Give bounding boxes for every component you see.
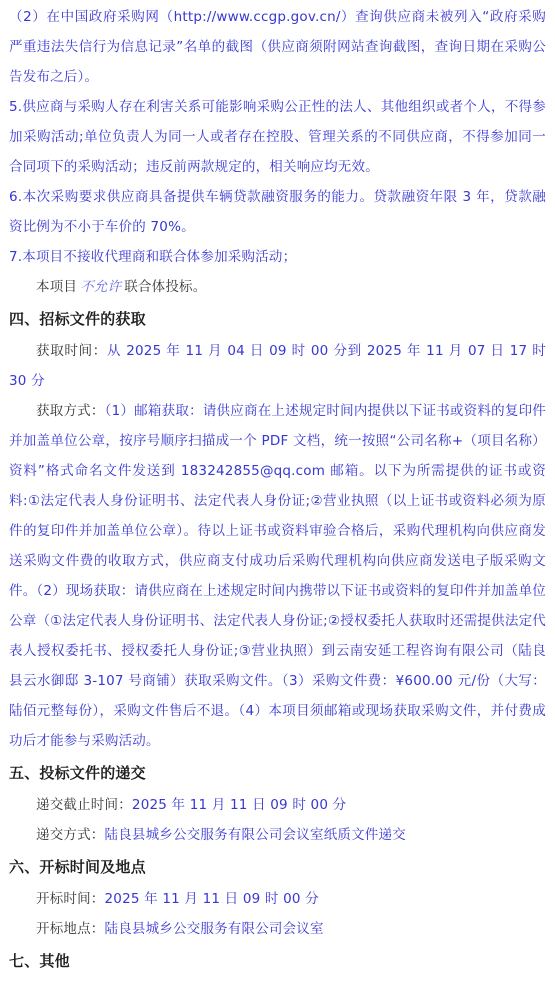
- opening-place-label: 开标地点：: [36, 921, 105, 937]
- acquisition-method-value: （1）邮箱获取：请供应商在上述规定时间内提供以下证书或资料的复印件并加盖单位公章…: [9, 403, 546, 749]
- no-consortium-emphasis: 不允许: [77, 279, 124, 295]
- opening-time-label: 开标时间：: [36, 891, 105, 907]
- paragraph-rule-7-no-agents: 7.本项目不接收代理商和联合体参加采购活动；: [9, 242, 546, 272]
- section-title-bid-opening: 六、开标时间及地点: [9, 852, 546, 882]
- opening-time-value: 2025 年 11 月 11 日 09 时 00 分: [105, 891, 319, 907]
- paragraph-no-consortium: 本项目不允许联合体投标。: [9, 272, 546, 302]
- acquisition-time-line: 获取时间：从 2025 年 11 月 04 日 09 时 00 分到 2025 …: [9, 336, 546, 396]
- submission-method-label: 递交方式：: [36, 827, 105, 843]
- paragraph-credit-record-screenshot: （2）在中国政府采购网（http://www.ccgp.gov.cn/）查询供应…: [9, 2, 546, 92]
- submission-deadline-line: 递交截止时间：2025 年 11 月 11 日 09 时 00 分: [9, 790, 546, 820]
- paragraph-rule-5-conflict-of-interest: 5.供应商与采购人存在利害关系可能影响采购公正性的法人、其他组织或者个人，不得参…: [9, 92, 546, 182]
- opening-place-value: 陆良县城乡公交服务有限公司会议室: [105, 921, 324, 937]
- acquisition-method-label: 获取方式：: [36, 403, 105, 419]
- no-consortium-suffix: 联合体投标。: [124, 279, 206, 295]
- paragraph-rule-6-loan-financing: 6.本次采购要求供应商具备提供车辆贷款融资服务的能力。贷款融资年限 3 年，贷款…: [9, 182, 546, 242]
- acquisition-time-label: 获取时间：: [36, 343, 107, 359]
- submission-method-value: 陆良县城乡公交服务有限公司会议室纸质文件递交: [105, 827, 406, 843]
- section-title-bid-submission: 五、投标文件的递交: [9, 758, 546, 788]
- section-title-other: 七、其他: [9, 946, 546, 976]
- submission-deadline-label: 递交截止时间：: [36, 797, 132, 813]
- submission-method-line: 递交方式：陆良县城乡公交服务有限公司会议室纸质文件递交: [9, 820, 546, 850]
- procurement-announcement-document: （2）在中国政府采购网（http://www.ccgp.gov.cn/）查询供应…: [0, 0, 555, 988]
- opening-time-line: 开标时间：2025 年 11 月 11 日 09 时 00 分: [9, 884, 546, 914]
- acquisition-method-line: 获取方式：（1）邮箱获取：请供应商在上述规定时间内提供以下证书或资料的复印件并加…: [9, 396, 546, 756]
- no-consortium-prefix: 本项目: [36, 279, 77, 295]
- opening-place-line: 开标地点：陆良县城乡公交服务有限公司会议室: [9, 914, 546, 944]
- section-title-bid-document-acquisition: 四、招标文件的获取: [9, 304, 546, 334]
- submission-deadline-value: 2025 年 11 月 11 日 09 时 00 分: [132, 797, 346, 813]
